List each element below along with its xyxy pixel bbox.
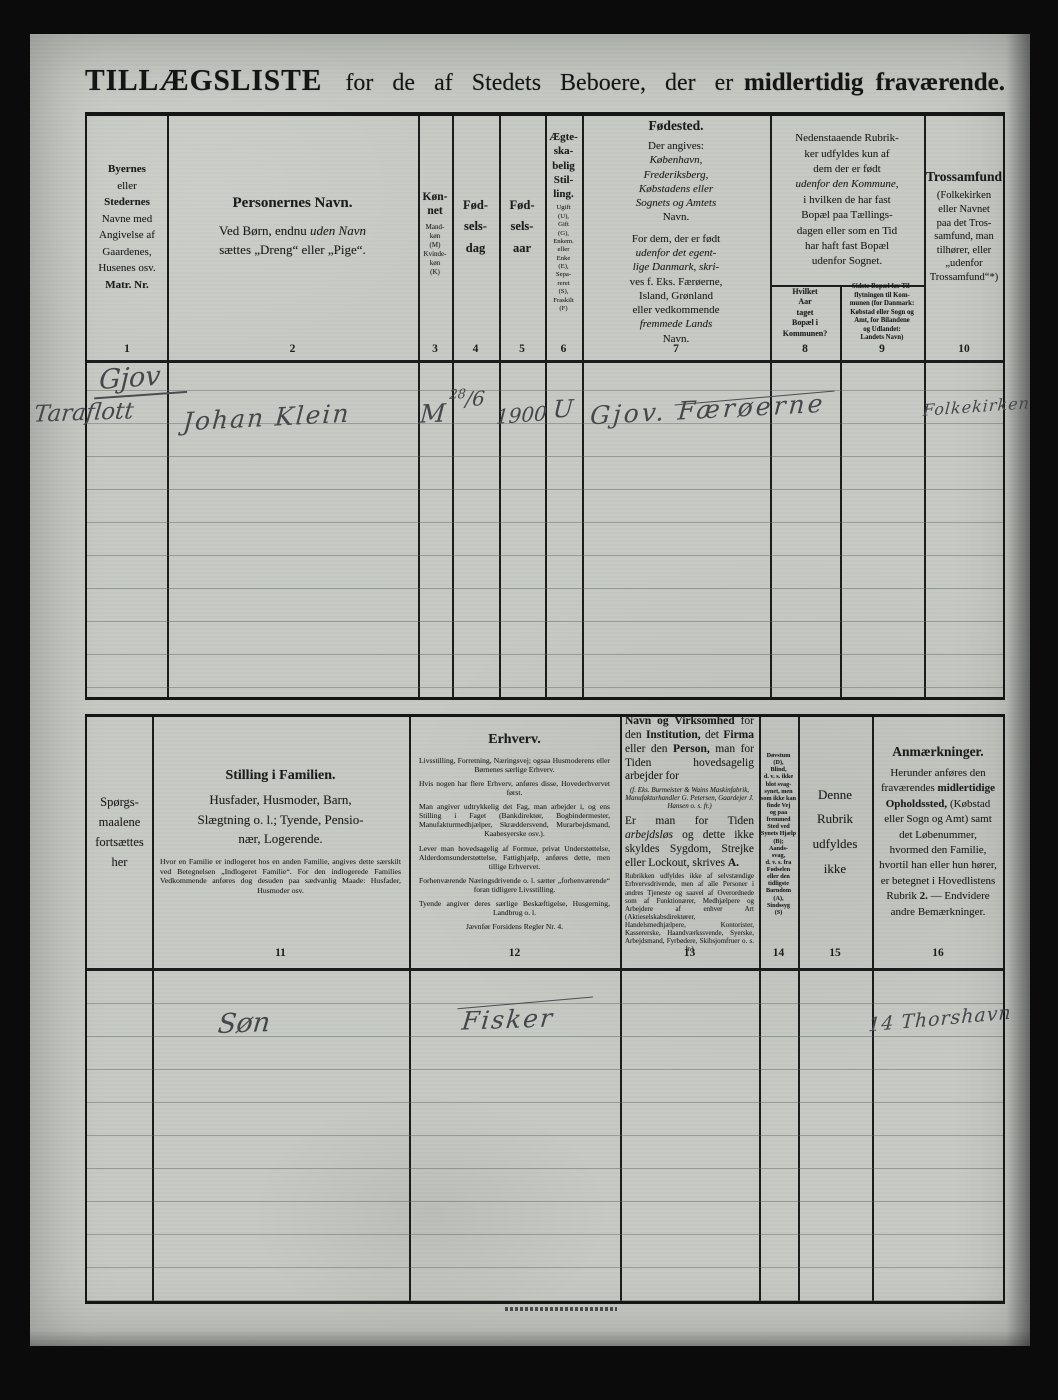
header-col13-employer: Navn og Virksomhed for den Institution, … — [620, 717, 759, 951]
col13-regular: Er man for Tiden — [625, 815, 754, 827]
col-number-3: 3 — [418, 343, 452, 355]
handwritten-birthday: 28/6 — [448, 386, 486, 412]
header-col1-place: Byernes eller Stedernes Navne med Angive… — [87, 116, 167, 338]
col2-heading: Personernes Navn. — [233, 195, 353, 212]
col7-text: For dem, der er født — [632, 233, 720, 245]
col7-text: Navn. — [663, 211, 690, 223]
header-col10-faith: Trossamfund (Folkekirken eller Navnet pa… — [924, 116, 1004, 338]
col16-regular: (Købstad eller Sogn og Amt) samt det Løb… — [879, 798, 997, 902]
col-number-16: 16 — [872, 947, 1004, 959]
col12-fineprint: Livsstilling, Forretning, Næringsvej; og… — [419, 756, 610, 774]
col-number-5: 5 — [499, 343, 545, 355]
col13-bold: Firma — [723, 729, 754, 741]
header-col8-9-group: Nedenstaaende Rubrik- ker udfyldes kun a… — [770, 116, 924, 285]
col8-9-text: Nedenstaaende Rubrik- ker udfyldes kun a… — [795, 132, 899, 175]
col13-text2: Er man for Tiden arbejdsløs og dette ikk… — [625, 815, 754, 870]
grid-line — [167, 116, 169, 697]
col1-line: eller — [117, 178, 137, 195]
col11-heading: Stilling i Familien. — [225, 768, 335, 784]
grid-line — [798, 717, 800, 1301]
col3-heading: Køn- net — [423, 191, 448, 219]
header-col8-year-moved: Hvilket Aar taget Bopæl i Kommunen? — [770, 285, 840, 341]
col-number-1: 1 — [87, 343, 167, 355]
grid-line — [872, 717, 874, 1301]
col12-fineprint: Forhenværende Næringsdrivende o. l. sætt… — [419, 876, 610, 894]
stub-text: Spørgs- maalene fortsættes her — [95, 792, 144, 872]
col13-bold: Navn og Virksomhed — [625, 715, 735, 727]
title-mid: for de af Stedets Beboere, der er — [345, 70, 733, 97]
col12-heading: Erhverv. — [488, 732, 541, 748]
birthday-day: 28 — [449, 387, 467, 403]
grid-line — [87, 1201, 1003, 1202]
col-number-2: 2 — [167, 343, 418, 355]
col13-italic: arbejdsløs — [625, 829, 673, 841]
col4-heading: Fød- sels- dag — [463, 195, 488, 259]
handwritten-farm-name: Taraflott — [33, 398, 135, 428]
grid-line — [87, 1267, 1003, 1268]
grid-line — [620, 717, 622, 1301]
col13-bold: Institution, — [646, 729, 701, 741]
col5-heading: Fød- sels- aar — [510, 195, 535, 259]
col1-line: Matr. Nr. — [105, 277, 148, 294]
col-number-4: 4 — [452, 343, 499, 355]
handwritten-family-position: Søn — [216, 1007, 271, 1040]
header-col15-not-filled: Denne Rubrik udfyldes ikke — [798, 717, 872, 947]
header-col2-name: Personernes Navn. Ved Børn, endnu uden N… — [167, 116, 418, 338]
col7-text: Der angives: — [648, 140, 704, 152]
header-col9-last-residence: Sidste Bopæl før Til- flytningen til Kom… — [840, 285, 924, 341]
handwritten-sex: M — [419, 398, 447, 428]
col1-line: Stedernes — [104, 194, 150, 211]
birthday-month: /6 — [465, 386, 486, 411]
grid-line — [87, 1135, 1003, 1136]
col7-italic: København, Frederiksberg, Købstadens ell… — [636, 154, 716, 209]
header-col11-family-position: Stilling i Familien. Husfader, Husmoder,… — [152, 717, 409, 947]
handwritten-place-gjov: Gjov — [94, 359, 189, 400]
col-number-14: 14 — [759, 947, 798, 959]
col7-italic: fremmede Lands — [640, 318, 713, 330]
header-col4-birthday: Fød- sels- dag — [452, 116, 499, 338]
col16-heading: Anmærkninger. — [892, 744, 983, 760]
page-title: TILLÆGSLISTE for de af Stedets Beboere, … — [85, 62, 1005, 98]
grid-line — [770, 285, 924, 287]
grid-line — [87, 1069, 1003, 1070]
col13-fineprint: (f. Eks. Burmeister & Wains Maskinfabrik… — [625, 786, 754, 810]
col11-fineprint: Hvor en Familie er indlogeret hos en and… — [160, 857, 401, 896]
col12-fineprint: Hvis nogen har flere Erhverv, anføres di… — [419, 779, 610, 797]
handwritten-birthyear: 1900 — [495, 401, 547, 429]
col6-heading: Ægte- ska- belig Stil- ling. — [549, 130, 578, 201]
grid-line — [87, 654, 1003, 655]
grid-line — [759, 717, 761, 1301]
grid-line — [87, 1300, 1003, 1301]
col13-regular: eller den — [625, 743, 673, 755]
grid-line — [87, 1234, 1003, 1235]
col8-9-note: Nedenstaaende Rubrik- ker udfyldes kun a… — [795, 131, 899, 270]
grid-line — [87, 1168, 1003, 1169]
col7-italic: udenfor det egent- lige Danmark, skri- — [633, 247, 719, 273]
grid-line — [152, 717, 154, 1301]
handwritten-marital-status: U — [552, 394, 574, 423]
col14-note: Døvstum (D), Blind, d. v. s. ikke blot s… — [761, 752, 796, 916]
col13-text: Navn og Virksomhed for den Institution, … — [625, 715, 754, 784]
grid-line — [87, 588, 1003, 589]
scanned-census-page: TILLÆGSLISTE for de af Stedets Beboere, … — [0, 0, 1058, 1400]
col2-note-italic: uden Navn — [310, 223, 366, 238]
col13-bold: A. — [728, 857, 739, 869]
col10-note: (Folkekirken eller Navnet paa det Tros- … — [930, 189, 998, 284]
col13-fineprint2: Rubrikken udfyldes ikke af selvstændige … — [625, 872, 754, 952]
col12-fineprint: Lever man hovedsagelig af Formue, privat… — [419, 844, 610, 871]
header-continuation-stub: Spørgs- maalene fortsættes her — [87, 717, 152, 947]
col-number-6: 6 — [545, 343, 582, 355]
col8-9-italic: udenfor den Kommune, — [796, 178, 899, 190]
header-col5-birthyear: Fød- sels- aar — [499, 116, 545, 338]
col6-note: Ugift (U), Gift (G), Enkem. eller Enke (… — [553, 204, 574, 313]
col-number-13: 13 — [620, 947, 759, 959]
col12-fineprint: Tyende angiver deres særlige Beskæftigel… — [419, 899, 610, 917]
grid-line — [87, 522, 1003, 523]
col9-note: Sidste Bopæl før Til- flytningen til Kom… — [850, 283, 914, 342]
col-number-10: 10 — [924, 343, 1004, 355]
col13-bold: Person, — [673, 743, 710, 755]
col-number-11: 11 — [152, 947, 409, 959]
col12-fineprint: Jævnfør Forsidens Regler Nr. 4. — [466, 922, 563, 931]
col3-note: Mand- køn (M) Kvinde- køn (K) — [424, 223, 447, 278]
title-main: TILLÆGSLISTE — [85, 62, 322, 98]
header-col7-birthplace: Fødested. Der angives: København, Freder… — [582, 116, 770, 348]
grid-line — [87, 968, 1003, 971]
grid-line — [418, 116, 420, 697]
col11-note: Husfader, Husmoder, Barn, Slægtning o. l… — [197, 790, 363, 849]
grid-line — [87, 489, 1003, 490]
grid-line — [87, 621, 1003, 622]
col10-heading: Trossamfund — [926, 169, 1002, 185]
header-col16-remarks: Anmærkninger. Herunder anføres den fravæ… — [872, 717, 1004, 947]
title-emphasis: midlertidig fraværende. — [744, 69, 1005, 97]
grid-line — [87, 687, 1003, 688]
grid-line — [87, 360, 1003, 363]
grid-line — [840, 285, 842, 697]
grid-line — [87, 390, 1003, 391]
grid-line — [409, 717, 411, 1301]
col-number-9: 9 — [840, 343, 924, 355]
col15-text: Denne Rubrik udfyldes ikke — [813, 783, 858, 882]
col8-9-text: i hvilken de har fast Bopæl paa Tællings… — [797, 194, 897, 268]
grid-line — [87, 456, 1003, 457]
col12-fineprint: Man angiver udtrykkelig det Fag, man arb… — [419, 802, 610, 838]
printer-mark — [505, 1307, 617, 1311]
col1-line: Byernes — [108, 161, 146, 178]
grid-line — [87, 555, 1003, 556]
col7-heading: Fødested. — [648, 118, 703, 134]
col-number-8: 8 — [770, 343, 840, 355]
col-number-7: 7 — [582, 343, 770, 355]
col2-note-text2: sættes „Dreng“ eller „Pige“. — [219, 242, 366, 257]
col7-text: ves f. Eks. Færøerne, Island, Grønland e… — [630, 276, 723, 317]
grid-line — [87, 1102, 1003, 1103]
col7-note: Der angives: København, Frederiksberg, K… — [636, 139, 716, 225]
col1-line: Navne med Angivelse af Gaardenes, Husene… — [98, 211, 155, 277]
header-col3-sex: Køn- net Mand- køn (M) Kvinde- køn (K) — [418, 116, 452, 352]
col-number-12: 12 — [409, 947, 620, 959]
col2-note: Ved Børn, endnu uden Navn sættes „Dreng“… — [219, 221, 366, 260]
header-col6-marital: Ægte- ska- belig Stil- ling. Ugift (U), … — [545, 116, 582, 356]
col8-note: Hvilket Aar taget Bopæl i Kommunen? — [783, 287, 827, 339]
header-col12-occupation: Erhverv. Livsstilling, Forretning, Nærin… — [409, 717, 620, 949]
col16-bold: 2. — [920, 890, 928, 902]
col7-note2: For dem, der er født udenfor det egent- … — [630, 232, 723, 346]
col16-note: Herunder anføres den fraværendes midlert… — [879, 766, 997, 920]
col-number-15: 15 — [798, 947, 872, 959]
col13-regular: det — [701, 729, 724, 741]
col2-note-text: Ved Børn, endnu — [219, 223, 310, 238]
grid-line — [582, 116, 584, 697]
handwritten-occupation: Fisker — [460, 1003, 555, 1035]
header-col14-disabilities: Døvstum (D), Blind, d. v. s. ikke blot s… — [759, 717, 798, 951]
